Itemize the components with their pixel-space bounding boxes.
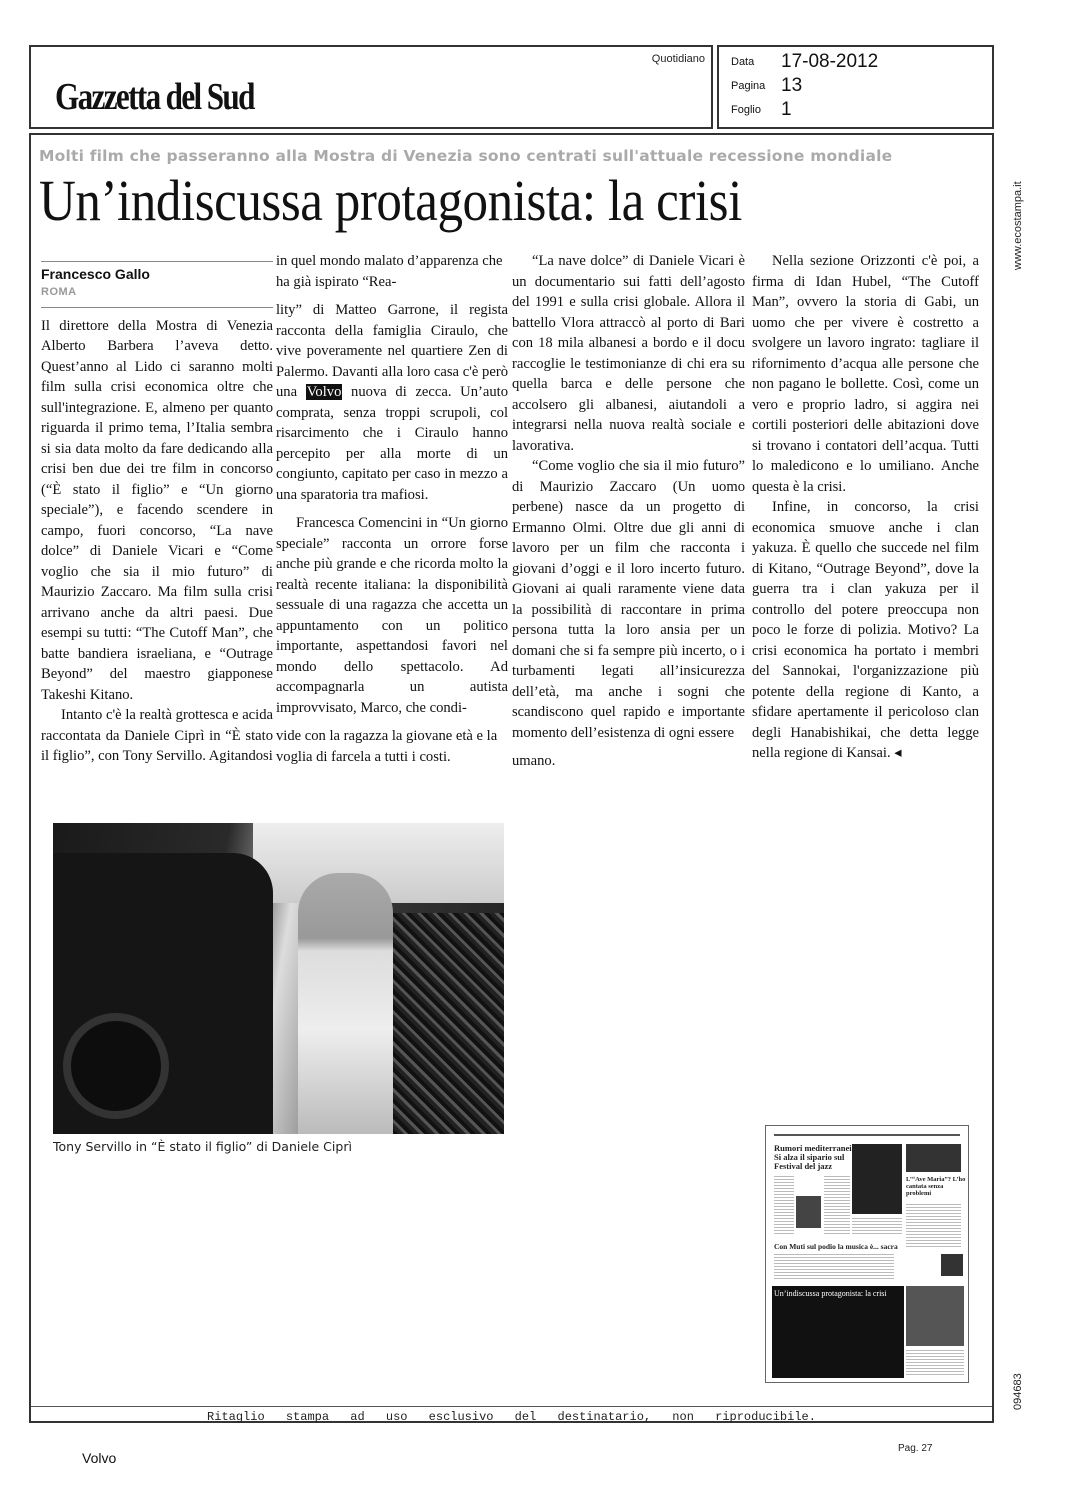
article-column-1: Francesco Gallo ROMA Il direttore della … [41, 251, 273, 767]
photo-scrap-pile [383, 913, 504, 1134]
meta-sheet-value: 1 [781, 99, 792, 120]
paragraph: umano. [512, 751, 745, 772]
thumbnail-text-block [906, 1204, 961, 1249]
photo-person [298, 873, 393, 1134]
page-thumbnail: Rumori mediterranei Si alza il sipario s… [765, 1125, 969, 1383]
thumbnail-text-block [774, 1176, 794, 1236]
thumbnail-image [906, 1286, 964, 1346]
paragraph: “Come voglio che sia il mio futuro” di M… [512, 456, 745, 743]
byline-divider [41, 307, 273, 308]
thumbnail-headline: Rumori mediterranei Si alza il sipario s… [774, 1144, 854, 1171]
article-photo [53, 823, 504, 1134]
meta-page-label: Pagina [731, 80, 781, 92]
copyright-disclaimer: Ritaglio stampa ad uso esclusivo del des… [31, 1410, 992, 1424]
paragraph: Infine, in concorso, la crisi economica … [752, 497, 979, 764]
meta-date: Data17-08-2012 [731, 51, 878, 73]
highlighted-keyword: Volvo [306, 384, 343, 400]
meta-page: Pagina13 [731, 75, 802, 97]
header-masthead-box: Gazzetta del Sud Quotidiano [29, 45, 713, 129]
thumbnail-image [796, 1196, 821, 1228]
thumbnail-headline: Con Muti sul podio la musica è... sacra [774, 1242, 898, 1251]
side-clip-code: 094683 [998, 1360, 1018, 1410]
meta-page-value: 13 [781, 75, 802, 96]
meta-sheet: Foglio1 [731, 99, 792, 121]
paragraph: Il direttore della Mostra di Venezia Alb… [41, 316, 273, 706]
paragraph: Francesca Comencini in “Un giorno specia… [276, 513, 508, 718]
article-kicker: Molti film che passeranno alla Mostra di… [39, 147, 892, 165]
article-column-3: “La nave dolce” di Daniele Vicari è un d… [512, 251, 745, 772]
thumbnail-text-block [774, 1254, 894, 1280]
thumbnail-text-block [906, 1350, 964, 1376]
footer-divider [31, 1406, 992, 1407]
thumbnail-headline: L’“Ave Maria”? L’ho cantata senza proble… [906, 1176, 966, 1197]
header-meta-box: Data17-08-2012 Pagina13 Foglio1 [717, 45, 994, 129]
newspaper-masthead: Gazzetta del Sud [55, 75, 254, 119]
page-number: Pag. 27 [898, 1443, 932, 1454]
clip-code-text: 094683 [1012, 1373, 1024, 1410]
meta-date-value: 17-08-2012 [781, 51, 878, 72]
photo-caption: Tony Servillo in “È stato il figlio” di … [53, 1139, 352, 1154]
thumbnail-clipping-highlight: Un’indiscussa protagonista: la crisi [772, 1286, 904, 1378]
paragraph: “La nave dolce” di Daniele Vicari è un d… [512, 251, 745, 456]
meta-date-label: Data [731, 56, 781, 68]
paragraph: Intanto c'è la realtà grottesca e acida … [41, 705, 273, 767]
paragraph: Nella sezione Orizzonti c'è poi, a firma… [752, 251, 979, 497]
author-name: Francesco Gallo [41, 266, 273, 282]
article-headline: Un’indiscussa protagonista: la crisi [39, 169, 742, 233]
thumbnail-image [906, 1144, 961, 1172]
paragraph: in quel mondo malato d’apparenza che ha … [276, 251, 508, 292]
thumbnail-text-block [824, 1176, 850, 1236]
meta-sheet-label: Foglio [731, 104, 781, 116]
byline-divider [41, 261, 273, 262]
thumbnail-text-block [852, 1218, 902, 1236]
publication-type: Quotidiano [652, 53, 705, 65]
article-column-4: Nella sezione Orizzonti c'è poi, a firma… [752, 251, 979, 764]
paragraph-text: nuova di zecca. Un’auto comprata, senza … [276, 384, 508, 503]
side-source-url: www.ecostampa.it [998, 150, 1018, 270]
thumbnail-headline: Un’indiscussa protagonista: la crisi [774, 1289, 887, 1298]
photo-wheel [63, 1013, 169, 1119]
dateline-city: ROMA [41, 282, 273, 303]
thumbnail-top-rule [774, 1134, 960, 1136]
article-clipping: Molti film che passeranno alla Mostra di… [29, 133, 994, 1423]
client-brand-label: Volvo [82, 1450, 116, 1466]
source-url-text: www.ecostampa.it [1012, 181, 1024, 270]
thumbnail-image [941, 1254, 963, 1276]
paragraph: vide con la ragazza la giovane età e la … [276, 726, 508, 767]
thumbnail-image [852, 1144, 902, 1214]
paragraph: lity” di Matteo Garrone, il regista racc… [276, 300, 508, 505]
article-column-2: in quel mondo malato d’apparenza che ha … [276, 251, 508, 767]
